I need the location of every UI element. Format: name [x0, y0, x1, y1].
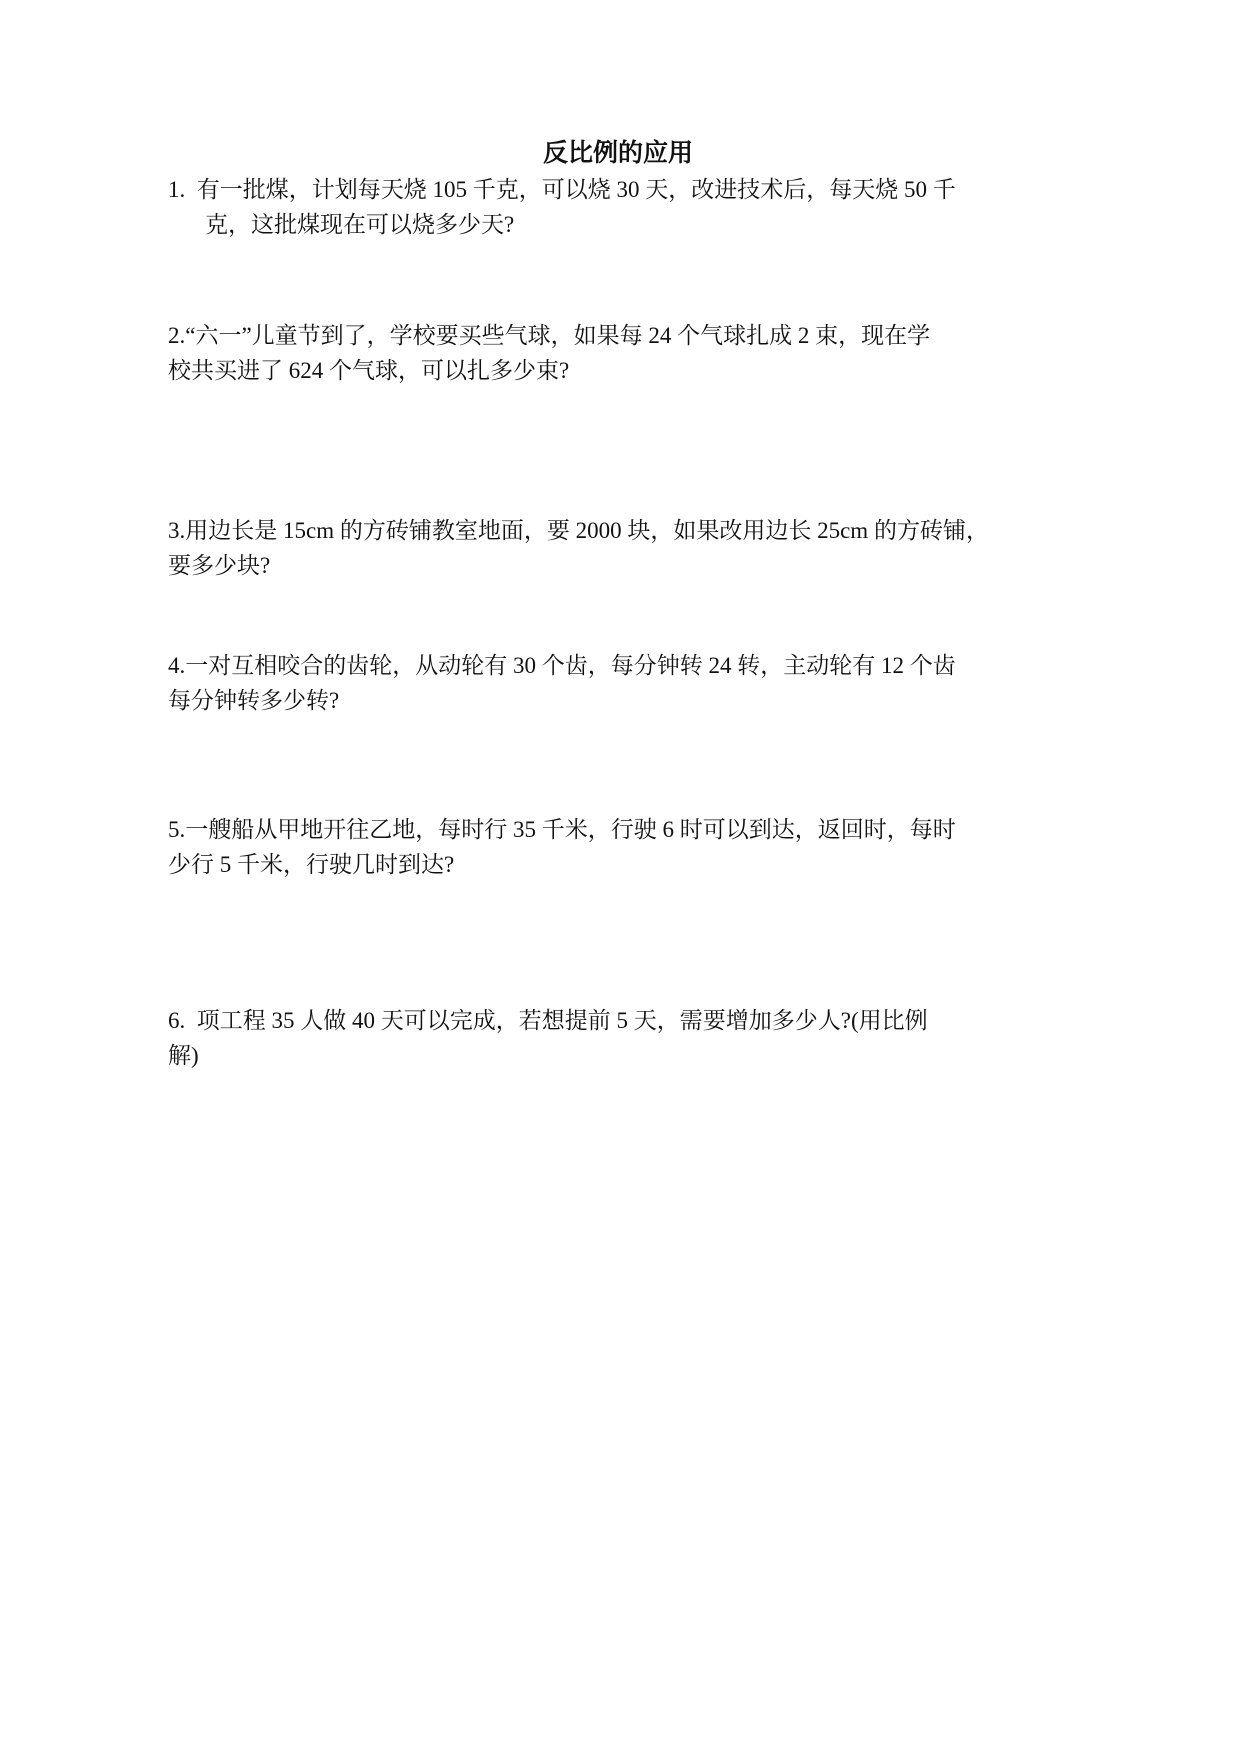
problem-line: 4.一对互相咬合的齿轮，从动轮有 30 个齿，每分钟转 24 转，主动轮有 12…	[168, 648, 1068, 683]
problem-item: 1. 有一批煤，计划每天烧 105 千克，可以烧 30 天，改进技术后，每天烧 …	[168, 172, 1068, 242]
problem-line: 1. 有一批煤，计划每天烧 105 千克，可以烧 30 天，改进技术后，每天烧 …	[168, 172, 1068, 207]
page-title: 反比例的应用	[168, 138, 1068, 170]
problem-line: 克，这批煤现在可以烧多少天?	[168, 207, 1068, 242]
problem-line: 要多少块?	[168, 548, 1068, 583]
problem-line: 每分钟转多少转?	[168, 683, 1068, 718]
problem-item: 3.用边长是 15cm 的方砖铺教室地面，要 2000 块，如果改用边长 25c…	[168, 513, 1068, 583]
worksheet-page: 反比例的应用 1. 有一批煤，计划每天烧 105 千克，可以烧 30 天，改进技…	[0, 0, 1241, 1754]
problem-list: 1. 有一批煤，计划每天烧 105 千克，可以烧 30 天，改进技术后，每天烧 …	[168, 172, 1068, 1073]
problem-item: 5.一艘船从甲地开往乙地，每时行 35 千米，行驶 6 时可以到达，返回时，每时…	[168, 812, 1068, 882]
problem-item: 4.一对互相咬合的齿轮，从动轮有 30 个齿，每分钟转 24 转，主动轮有 12…	[168, 648, 1068, 718]
problem-line: 校共买进了 624 个气球，可以扎多少束?	[168, 353, 1068, 388]
problem-line: 5.一艘船从甲地开往乙地，每时行 35 千米，行驶 6 时可以到达，返回时，每时	[168, 812, 1068, 847]
problem-line: 解)	[168, 1038, 1068, 1073]
worksheet-content: 反比例的应用 1. 有一批煤，计划每天烧 105 千克，可以烧 30 天，改进技…	[168, 138, 1068, 1073]
problem-line: 少行 5 千米，行驶几时到达?	[168, 847, 1068, 882]
problem-item: 6. 项工程 35 人做 40 天可以完成，若想提前 5 天，需要增加多少人?(…	[168, 1003, 1068, 1073]
problem-line: 3.用边长是 15cm 的方砖铺教室地面，要 2000 块，如果改用边长 25c…	[168, 513, 1068, 548]
problem-item: 2.“六一”儿童节到了，学校要买些气球，如果每 24 个气球扎成 2 束，现在学…	[168, 318, 1068, 388]
problem-line: 2.“六一”儿童节到了，学校要买些气球，如果每 24 个气球扎成 2 束，现在学	[168, 318, 1068, 353]
problem-line: 6. 项工程 35 人做 40 天可以完成，若想提前 5 天，需要增加多少人?(…	[168, 1003, 1068, 1038]
